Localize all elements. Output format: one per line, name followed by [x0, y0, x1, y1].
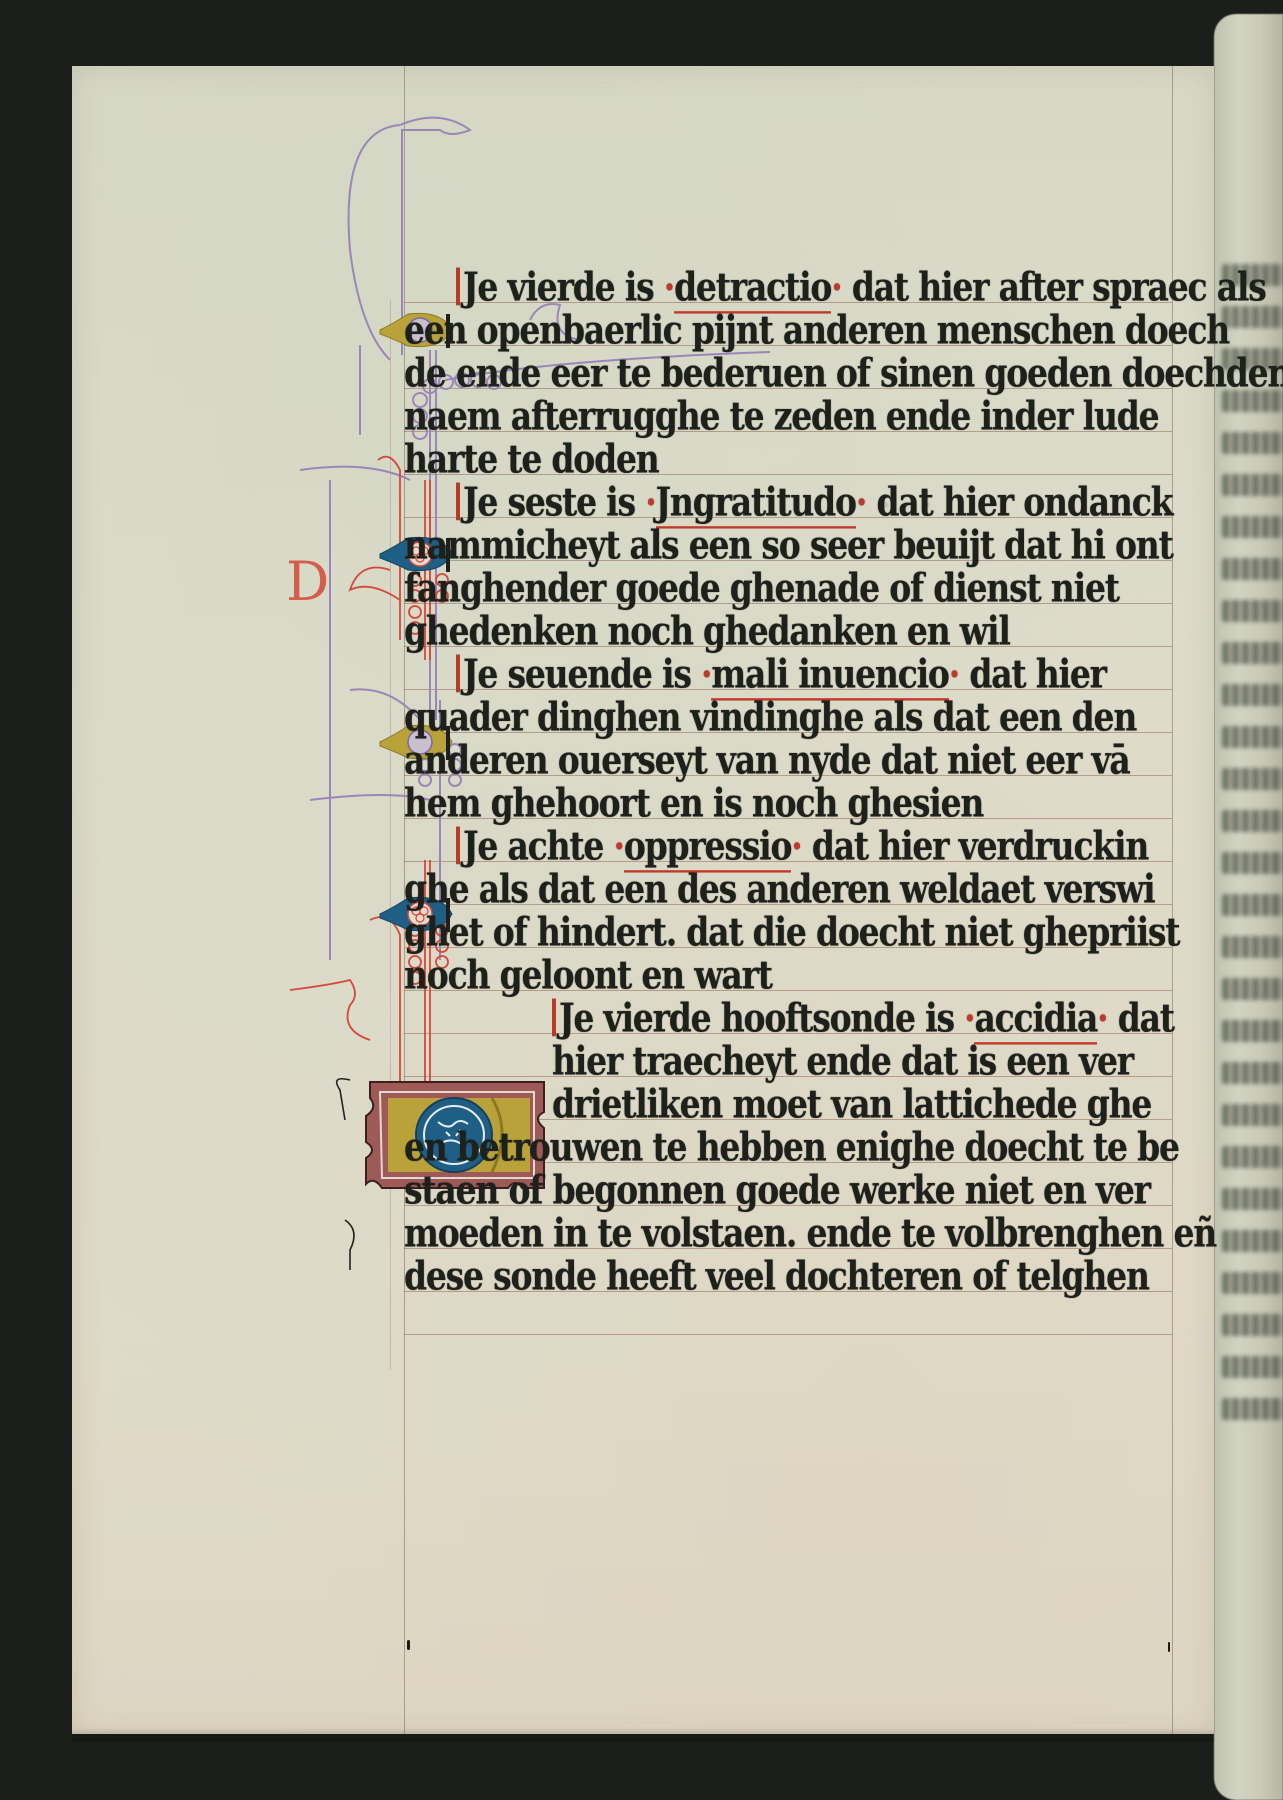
line-text-continued: dat — [1118, 995, 1174, 1041]
facing-text-line — [1222, 1104, 1283, 1126]
line-text: nammicheyt als een so seer beuijt dat hi… — [404, 522, 1173, 568]
line-text-continued: dat hier verdruckin — [812, 823, 1148, 869]
line-text: dese sonde heeft veel dochteren of telgh… — [404, 1253, 1149, 1299]
ruling-line — [404, 1334, 1172, 1335]
rubric-dot: · — [949, 651, 959, 697]
facing-text-line — [1222, 726, 1283, 748]
guide-letter: D — [286, 550, 329, 613]
line-text: de ende eer te bederuen of sinen goeden … — [404, 350, 1283, 396]
line-text: naem afterrugghe te zeden ende inder lud… — [404, 393, 1158, 439]
line-text: staen of begonnen goede werke niet en ve… — [404, 1167, 1150, 1213]
line-text: hier traecheyt ende dat is een ver — [552, 1038, 1133, 1084]
pricking-mark — [407, 1640, 410, 1650]
line-text: quader dinghen vindinghe als dat een den — [404, 694, 1136, 740]
line-text: Je vierde hooftsonde is — [559, 995, 954, 1041]
facing-text-line — [1222, 768, 1283, 790]
facing-text-line — [1222, 1020, 1283, 1042]
facing-text-line — [1222, 1230, 1283, 1252]
rubric-dot: · — [701, 651, 711, 697]
line-text-continued: dat hier after spraec als — [852, 264, 1266, 310]
line-text: ghet of hindert. dat die doecht niet ghe… — [404, 909, 1179, 955]
facing-text-line — [1222, 894, 1283, 916]
pricking-mark — [1168, 1642, 1170, 1652]
line-text: hem ghehoort en is noch ghesien — [404, 780, 983, 826]
rubric-dot: · — [831, 264, 841, 310]
rubric-dot: · — [645, 479, 655, 525]
line-text: Je achte — [463, 823, 603, 869]
text-line: dese sonde heeft veel dochteren of telgh… — [404, 1253, 1149, 1312]
facing-text-line — [1222, 432, 1283, 454]
facing-text-line — [1222, 810, 1283, 832]
line-text: en betrouwen te hebben enighe doecht te … — [404, 1124, 1179, 1170]
facing-text-line — [1222, 1398, 1283, 1420]
line-text: een openbaerlic pijnt anderen menschen d… — [404, 307, 1229, 353]
rubric-dot: · — [614, 823, 624, 869]
line-text: anderen ouerseyt van nyde dat niet eer v… — [404, 737, 1130, 783]
line-text: drietliken moet van lattichede ghe — [552, 1081, 1151, 1127]
rubric-dot: · — [791, 823, 801, 869]
facing-text-line — [1222, 684, 1283, 706]
line-text-continued: dat hier ondanck — [876, 479, 1172, 525]
facing-text-line — [1222, 558, 1283, 580]
facing-text-line — [1222, 1314, 1283, 1336]
rubric-stroke — [456, 655, 460, 693]
rubric-dot: · — [1097, 995, 1107, 1041]
line-text: harte te doden — [404, 436, 659, 482]
facing-text-line — [1222, 1062, 1283, 1084]
line-text: ghe als dat een des anderen weldaet vers… — [404, 866, 1154, 912]
rubric-stroke — [456, 827, 460, 865]
facing-text-line — [1222, 852, 1283, 874]
facing-text-line — [1222, 936, 1283, 958]
line-text: moeden in te volstaen. ende te volbrengh… — [404, 1210, 1216, 1256]
rubric-dot: · — [856, 479, 866, 525]
line-text: ghedenken noch ghedanken en wil — [404, 608, 1010, 654]
facing-text-line — [1222, 1146, 1283, 1168]
rubric-stroke — [456, 268, 460, 306]
line-text: Je seuende is — [463, 651, 691, 697]
line-text-continued: dat hier — [969, 651, 1106, 697]
line-text: Je seste is — [463, 479, 635, 525]
facing-text-line — [1222, 1356, 1283, 1378]
facing-text-line — [1222, 978, 1283, 1000]
rubric-stroke — [456, 483, 460, 521]
rubric-dot: · — [964, 995, 974, 1041]
facing-text-line — [1222, 474, 1283, 496]
line-text: noch geloont en wart — [404, 952, 772, 998]
line-text: fanghender goede ghenade of dienst niet — [404, 565, 1119, 611]
line-text: Je vierde is — [463, 264, 653, 310]
rubric-dot: · — [664, 264, 674, 310]
facing-text-line — [1222, 1272, 1283, 1294]
facing-text-line — [1222, 516, 1283, 538]
facing-text-line — [1222, 600, 1283, 622]
rubric-stroke — [552, 999, 556, 1037]
manuscript-viewer: · · · — [0, 0, 1283, 1800]
facing-text-line — [1222, 1188, 1283, 1210]
facing-text-line — [1222, 642, 1283, 664]
